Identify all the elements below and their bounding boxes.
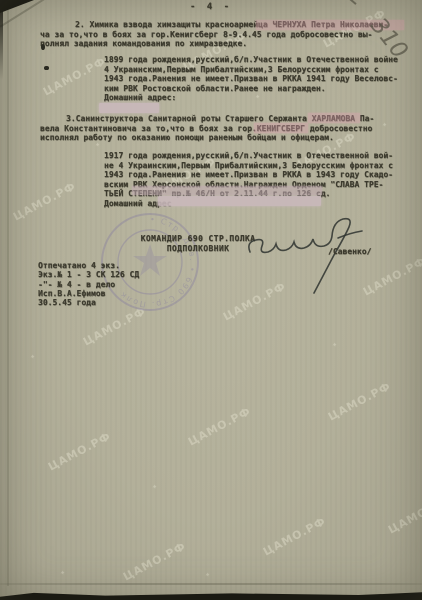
scan-edge-shadow — [0, 0, 3, 80]
ink-mark — [44, 66, 49, 70]
text-line: 1943 года.Ранения не имеет.Призван в РКК… — [104, 170, 393, 180]
text-line: ча за то,что в боях за гор.Кенигсберг 8-… — [40, 30, 388, 40]
watermark-text: ЦАМО.РФ — [46, 430, 113, 474]
watermark-text: ЦАМО.РФ — [186, 405, 253, 449]
watermark-text: ЦАМО.РФ — [386, 493, 422, 537]
highlight-kenigsberg — [254, 123, 308, 133]
text-line: 1917 года рождения,русский,б/п.Участник … — [104, 151, 393, 161]
watermark-text: ЦАМО.РФ — [261, 515, 328, 559]
text-line: Домашний адрес: — [104, 93, 398, 103]
distribution-block: Отпечатано 4 экз. Экз.№ 1 - 3 СК 126 СД … — [38, 261, 139, 307]
watermark-text: ЦАМО.РФ — [11, 180, 78, 224]
highlight-kharlamova — [308, 113, 360, 123]
text-line: не 4 Украинским,Первым Прибалтийским,3 Б… — [104, 161, 393, 171]
page-number: - 4 - — [0, 3, 422, 13]
text-line: 1943 года.Ранения не имеет.Призван в РКК… — [104, 74, 398, 84]
watermark-star-icon: ✦ — [331, 339, 339, 350]
ink-mark — [41, 44, 45, 50]
biography-block-1: 1899 года рождения,русский,б/п.Участник … — [104, 55, 398, 103]
signature-typed-name: /Савенко/ — [328, 247, 371, 257]
handwritten-signature — [235, 212, 385, 302]
watermark-star-icon: ✦ — [151, 481, 159, 492]
text-line: 30.5.45 года — [38, 298, 139, 307]
document-scan-page: ЦАМО.РФ ЦАМО.РФ ЦАМО.РФ ЦАМО.РФ ЦАМО.РФ … — [0, 0, 422, 600]
text-line: полнял задания командования по химразвед… — [40, 39, 388, 49]
text-line: 4 Украинским,Первым Прибалтийским,3 Бело… — [104, 65, 398, 75]
text-line: ким РВК Ростовской области.Ранее не нагр… — [104, 84, 398, 94]
text-line: -"- № 4 - в дело — [38, 280, 139, 289]
watermark-text: ЦАМО.РФ — [121, 540, 188, 584]
redaction-address-2 — [158, 196, 321, 206]
watermark-text: ЦАМО.РФ — [41, 55, 108, 99]
paper-crease — [7, 10, 9, 586]
text-line: Экз.№ 1 - 3 СК 126 СД — [38, 270, 139, 279]
text-line: вела Константиновича за то,что в боях за… — [40, 124, 374, 134]
watermark-star-icon: ✦ — [29, 351, 37, 362]
text-line: Исп.В.А.Ефимов — [38, 289, 139, 298]
redaction-address-1 — [99, 103, 159, 113]
watermark-text: ЦАМО.РФ — [326, 380, 393, 424]
scan-edge-shadow — [0, 589, 422, 600]
watermark-star-icon: ✦ — [381, 119, 389, 130]
text-line: Отпечатано 4 экз. — [38, 261, 139, 270]
watermark-star-icon: ✦ — [59, 567, 67, 578]
highlight-order-line — [132, 186, 322, 195]
text-line: исполнял работу по оказанию помощи ранен… — [40, 133, 374, 143]
paper-crease — [0, 583, 422, 585]
watermark-star-icon: ✦ — [204, 569, 212, 580]
